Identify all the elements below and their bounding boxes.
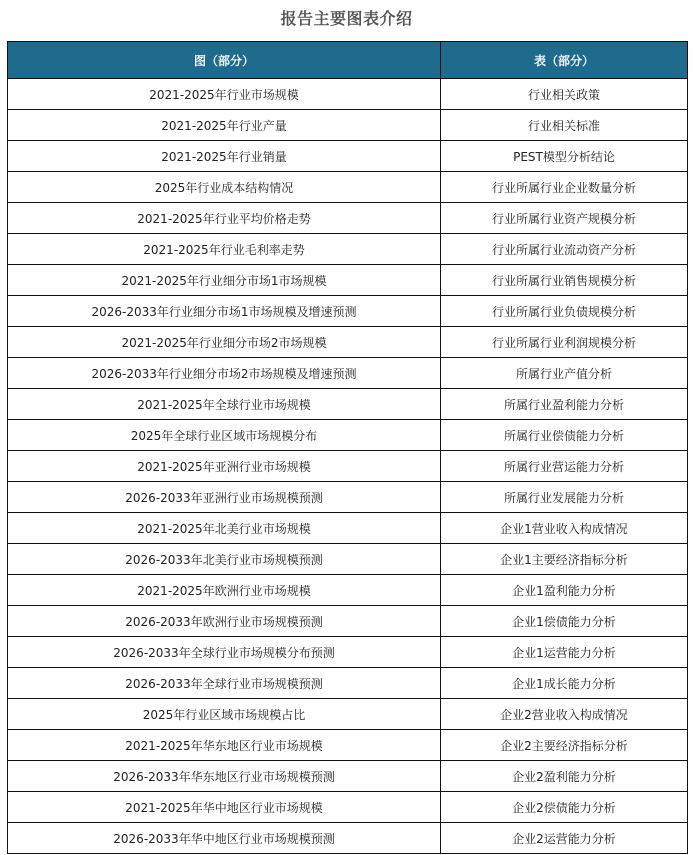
table-row: 2021-2025年华中地区行业市场规模企业2偿债能力分析: [8, 792, 688, 823]
table-cell: 企业1主要经济指标分析: [441, 544, 688, 575]
table-cell: 所属行业盈利能力分析: [441, 389, 688, 420]
table-row: 2021-2025年行业市场规模行业相关政策: [8, 79, 688, 110]
table-row: 2026-2033年华中地区行业市场规模预测企业2运营能力分析: [8, 823, 688, 854]
figure-cell: 2021-2025年欧洲行业市场规模: [8, 575, 441, 606]
table-cell: 企业2主要经济指标分析: [441, 730, 688, 761]
table-cell: 企业1盈利能力分析: [441, 575, 688, 606]
figure-cell: 2026-2033年全球行业市场规模预测: [8, 668, 441, 699]
table-cell: 所属行业偿债能力分析: [441, 420, 688, 451]
figure-cell: 2026-2033年华中地区行业市场规模预测: [8, 823, 441, 854]
table-cell: 企业2盈利能力分析: [441, 761, 688, 792]
table-cell: 企业1成长能力分析: [441, 668, 688, 699]
table-cell: 所属行业发展能力分析: [441, 482, 688, 513]
table-cell: 行业所属行业销售规模分析: [441, 265, 688, 296]
table-row: 2026-2033年行业细分市场1市场规模及增速预测行业所属行业负债规模分析: [8, 296, 688, 327]
figure-cell: 2025年全球行业区域市场规模分布: [8, 420, 441, 451]
figure-cell: 2021-2025年行业细分市场1市场规模: [8, 265, 441, 296]
table-row: 2021-2025年华东地区行业市场规模企业2主要经济指标分析: [8, 730, 688, 761]
figure-cell: 2021-2025年北美行业市场规模: [8, 513, 441, 544]
table-row: 2021-2025年行业产量行业相关标准: [8, 110, 688, 141]
table-header-row: 图（部分） 表（部分）: [8, 42, 688, 79]
figure-cell: 2026-2033年亚洲行业市场规模预测: [8, 482, 441, 513]
table-row: 2026-2033年欧洲行业市场规模预测企业1偿债能力分析: [8, 606, 688, 637]
table-cell: 企业2营业收入构成情况: [441, 699, 688, 730]
table-cell: 企业1运营能力分析: [441, 637, 688, 668]
figure-cell: 2026-2033年北美行业市场规模预测: [8, 544, 441, 575]
table-row: 2026-2033年华东地区行业市场规模预测企业2盈利能力分析: [8, 761, 688, 792]
table-cell: 所属行业营运能力分析: [441, 451, 688, 482]
figure-cell: 2026-2033年欧洲行业市场规模预测: [8, 606, 441, 637]
table-row: 2021-2025年行业平均价格走势行业所属行业资产规模分析: [8, 203, 688, 234]
figure-cell: 2021-2025年全球行业市场规模: [8, 389, 441, 420]
table-row: 2021-2025年行业细分市场2市场规模行业所属行业利润规模分析: [8, 327, 688, 358]
figure-cell: 2025年行业成本结构情况: [8, 172, 441, 203]
table-row: 2026-2033年亚洲行业市场规模预测所属行业发展能力分析: [8, 482, 688, 513]
figure-cell: 2021-2025年行业平均价格走势: [8, 203, 441, 234]
table-row: 2025年行业成本结构情况行业所属行业企业数量分析: [8, 172, 688, 203]
figure-cell: 2026-2033年全球行业市场规模分布预测: [8, 637, 441, 668]
figure-cell: 2021-2025年行业产量: [8, 110, 441, 141]
table-cell: 行业相关标准: [441, 110, 688, 141]
table-cell: 企业2运营能力分析: [441, 823, 688, 854]
figure-cell: 2021-2025年行业市场规模: [8, 79, 441, 110]
table-row: 2025年行业区域市场规模占比企业2营业收入构成情况: [8, 699, 688, 730]
table-row: 2026-2033年北美行业市场规模预测企业1主要经济指标分析: [8, 544, 688, 575]
table-cell: 企业1偿债能力分析: [441, 606, 688, 637]
figure-cell: 2021-2025年行业毛利率走势: [8, 234, 441, 265]
table-row: 2021-2025年全球行业市场规模所属行业盈利能力分析: [8, 389, 688, 420]
charts-table: 图（部分） 表（部分） 2021-2025年行业市场规模行业相关政策 2021-…: [7, 41, 688, 854]
figure-cell: 2021-2025年华中地区行业市场规模: [8, 792, 441, 823]
table-cell: 企业2偿债能力分析: [441, 792, 688, 823]
table-row: 2021-2025年行业销量PEST模型分析结论: [8, 141, 688, 172]
figure-cell: 2026-2033年华东地区行业市场规模预测: [8, 761, 441, 792]
header-figures: 图（部分）: [8, 42, 441, 79]
table-row: 2021-2025年北美行业市场规模企业1营业收入构成情况: [8, 513, 688, 544]
figure-cell: 2026-2033年行业细分市场2市场规模及增速预测: [8, 358, 441, 389]
figure-cell: 2021-2025年亚洲行业市场规模: [8, 451, 441, 482]
table-row: 2025年全球行业区域市场规模分布所属行业偿债能力分析: [8, 420, 688, 451]
table-row: 2021-2025年行业细分市场1市场规模行业所属行业销售规模分析: [8, 265, 688, 296]
table-cell: 行业所属行业企业数量分析: [441, 172, 688, 203]
table-cell: 行业所属行业利润规模分析: [441, 327, 688, 358]
figure-cell: 2026-2033年行业细分市场1市场规模及增速预测: [8, 296, 441, 327]
figure-cell: 2021-2025年华东地区行业市场规模: [8, 730, 441, 761]
figure-cell: 2021-2025年行业细分市场2市场规模: [8, 327, 441, 358]
table-cell: PEST模型分析结论: [441, 141, 688, 172]
table-row: 2021-2025年欧洲行业市场规模企业1盈利能力分析: [8, 575, 688, 606]
table-cell: 企业1营业收入构成情况: [441, 513, 688, 544]
header-tables: 表（部分）: [441, 42, 688, 79]
page-title: 报告主要图表介绍: [0, 6, 693, 29]
table-row: 2026-2033年行业细分市场2市场规模及增速预测所属行业产值分析: [8, 358, 688, 389]
figure-cell: 2021-2025年行业销量: [8, 141, 441, 172]
table-row: 2026-2033年全球行业市场规模预测企业1成长能力分析: [8, 668, 688, 699]
table-row: 2021-2025年亚洲行业市场规模所属行业营运能力分析: [8, 451, 688, 482]
table-row: 2021-2025年行业毛利率走势行业所属行业流动资产分析: [8, 234, 688, 265]
table-cell: 行业所属行业资产规模分析: [441, 203, 688, 234]
table-cell: 行业所属行业流动资产分析: [441, 234, 688, 265]
table-cell: 所属行业产值分析: [441, 358, 688, 389]
table-cell: 行业所属行业负债规模分析: [441, 296, 688, 327]
table-row: 2026-2033年全球行业市场规模分布预测企业1运营能力分析: [8, 637, 688, 668]
table-cell: 行业相关政策: [441, 79, 688, 110]
figure-cell: 2025年行业区域市场规模占比: [8, 699, 441, 730]
